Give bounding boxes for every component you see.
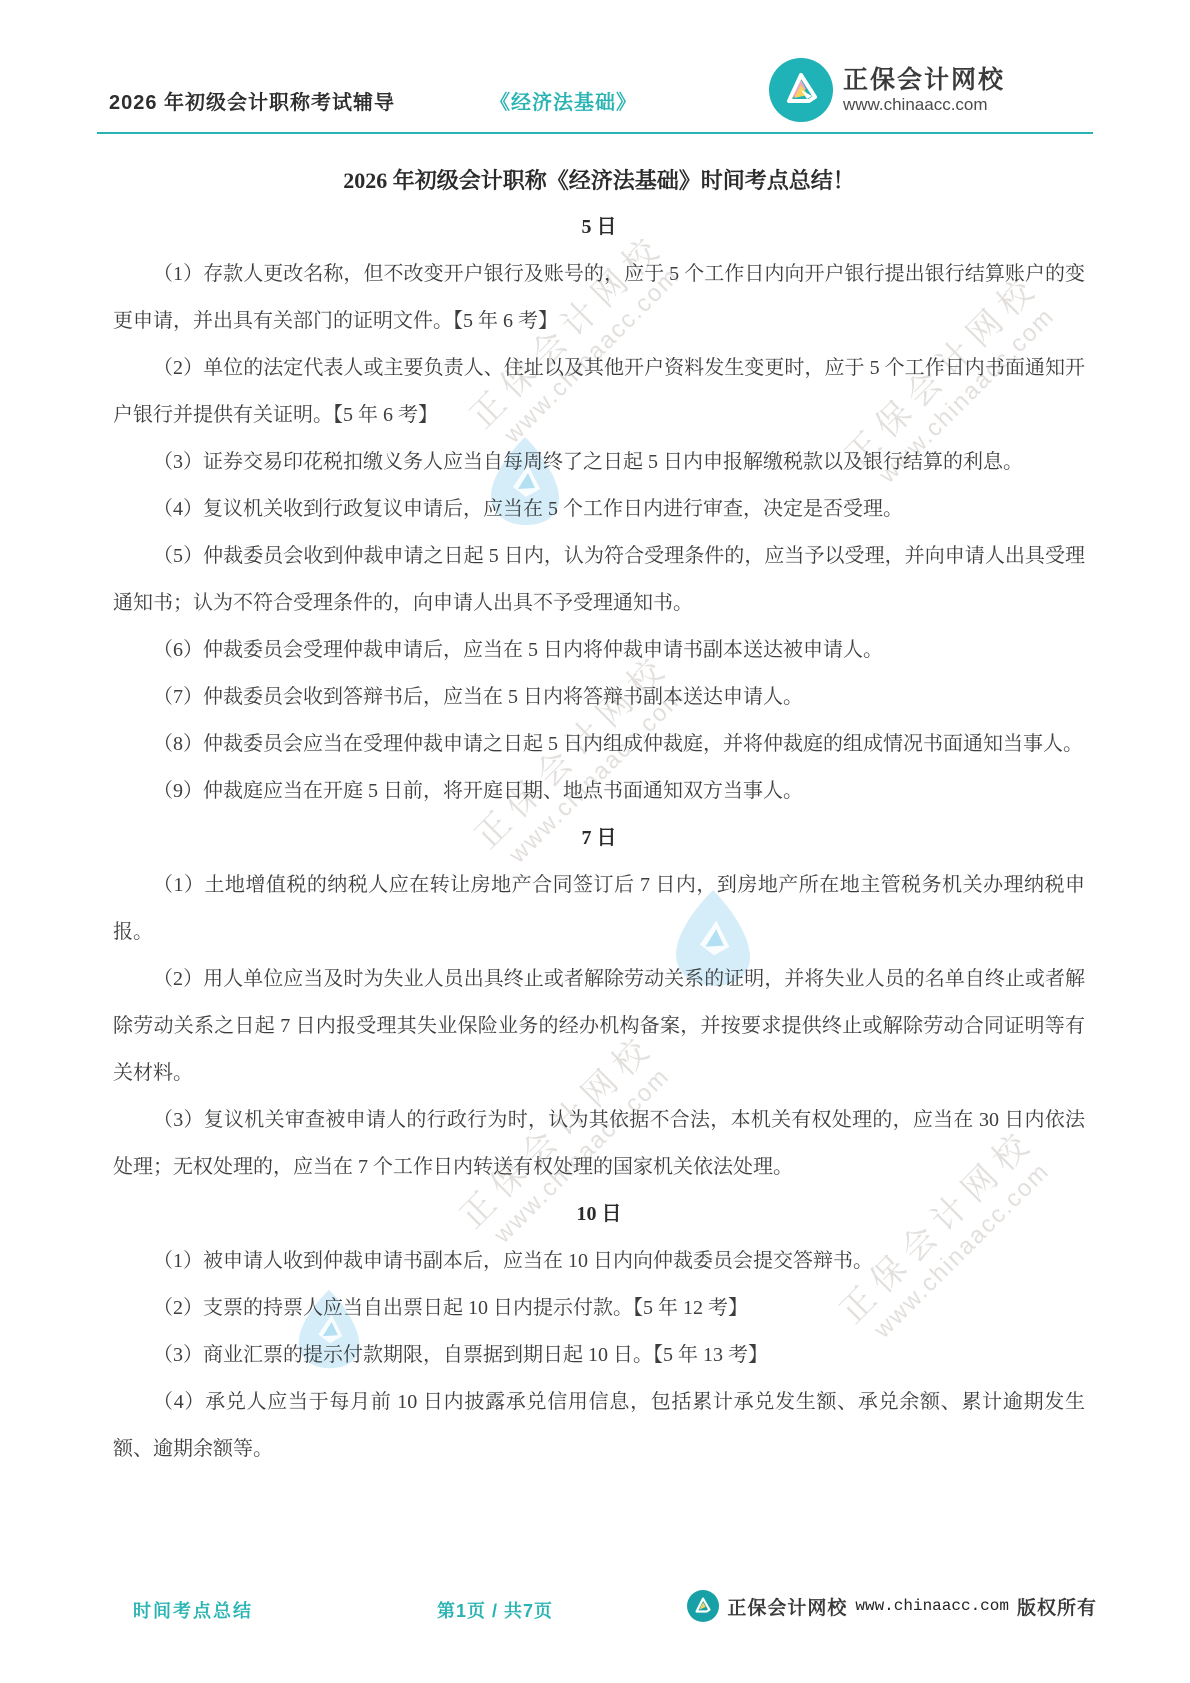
chinaacc-logo-icon: [769, 58, 833, 122]
footer-doc-label: 时间考点总结: [133, 1597, 253, 1623]
list-item: （4）承兑人应当于每月前 10 日内披露承兑信用信息，包括累计承兑发生额、承兑余…: [113, 1379, 1085, 1473]
list-item: （2）支票的持票人应当自出票日起 10 日内提示付款。【5 年 12 考】: [113, 1285, 1085, 1332]
page-indicator: 第1页 / 共7页: [437, 1597, 553, 1623]
list-item: （3）复议机关审查被申请人的行政行为时，认为其依据不合法，本机关有权处理的，应当…: [113, 1097, 1085, 1191]
list-item: （6）仲裁委员会受理仲裁申请后，应当在 5 日内将仲裁申请书副本送达被申请人。: [113, 627, 1085, 674]
chinaacc-logo-icon: [687, 1590, 719, 1622]
header-divider: [97, 132, 1093, 134]
page-header: 2026 年初级会计职称考试辅导 《经济法基础》 正保会计网校 www.chin…: [97, 58, 1093, 126]
list-item: （1）土地增值税的纳税人应在转让房地产合同签订后 7 日内，到房地产所在地主管税…: [113, 862, 1085, 956]
list-item: （3）商业汇票的提示付款期限，自票据到期日起 10 日。【5 年 13 考】: [113, 1332, 1085, 1379]
brand-url: www.chinaacc.com: [843, 95, 1005, 115]
list-item: （1）被申请人收到仲裁申请书副本后，应当在 10 日内向仲裁委员会提交答辩书。: [113, 1238, 1085, 1285]
list-item: （3）证券交易印花税扣缴义务人应当自每周终了之日起 5 日内申报解缴税款以及银行…: [113, 439, 1085, 486]
brand-block: 正保会计网校 www.chinaacc.com: [769, 58, 1005, 122]
list-item: （4）复议机关收到行政复议申请后，应当在 5 个工作日内进行审查，决定是否受理。: [113, 486, 1085, 533]
list-item: （1）存款人更改名称，但不改变开户银行及账号的，应于 5 个工作日内向开户银行提…: [113, 251, 1085, 345]
subject-title: 《经济法基础》: [490, 86, 637, 115]
list-item: （2）单位的法定代表人或主要负责人、住址以及其他开户资料发生变更时，应于 5 个…: [113, 345, 1085, 439]
list-item: （8）仲裁委员会应当在受理仲裁申请之日起 5 日内组成仲裁庭，并将仲裁庭的组成情…: [113, 721, 1085, 768]
section-heading-7-days: 7 日: [113, 815, 1085, 862]
page-footer: 时间考点总结 第1页 / 共7页 正保会计网校 www.chinaacc.com…: [0, 1588, 1190, 1632]
brand-name: 正保会计网校: [843, 66, 1005, 95]
course-title: 2026 年初级会计职称考试辅导: [109, 86, 395, 115]
section-heading-5-days: 5 日: [113, 204, 1085, 251]
list-item: （9）仲裁庭应当在开庭 5 日前，将开庭日期、地点书面通知双方当事人。: [113, 768, 1085, 815]
footer-brand-url: www.chinaacc.com: [855, 1597, 1009, 1615]
copyright-label: 版权所有: [1017, 1593, 1097, 1620]
footer-brand-name: 正保会计网校: [727, 1593, 847, 1620]
document-page: 正保会计网校 www.chinaacc.com 正保会计网校 www.china…: [0, 0, 1190, 1683]
list-item: （2）用人单位应当及时为失业人员出具终止或者解除劳动关系的证明，并将失业人员的名…: [113, 956, 1085, 1097]
brand-text: 正保会计网校 www.chinaacc.com: [843, 66, 1005, 114]
list-item: （5）仲裁委员会收到仲裁申请之日起 5 日内，认为符合受理条件的，应当予以受理，…: [113, 533, 1085, 627]
footer-brand-block: 正保会计网校 www.chinaacc.com 版权所有: [687, 1590, 1097, 1622]
document-body: 2026 年初级会计职称《经济法基础》时间考点总结！ 5 日 （1）存款人更改名…: [113, 157, 1085, 1473]
section-heading-10-days: 10 日: [113, 1191, 1085, 1238]
document-title: 2026 年初级会计职称《经济法基础》时间考点总结！: [113, 157, 1085, 204]
list-item: （7）仲裁委员会收到答辩书后，应当在 5 日内将答辩书副本送达申请人。: [113, 674, 1085, 721]
